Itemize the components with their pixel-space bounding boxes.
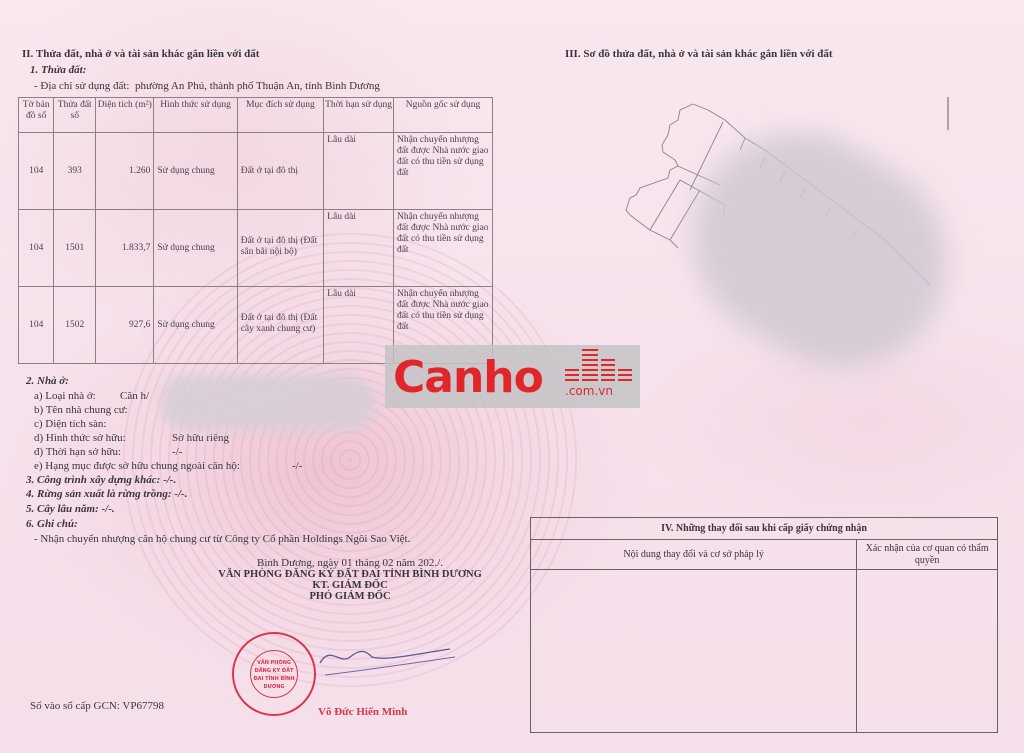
cell-term: Lâu dài <box>324 210 394 287</box>
canho-watermark: Canho .com.vn <box>385 345 640 408</box>
house-heading: 2. Nhà ở: <box>26 375 69 387</box>
section-2-title: II. Thửa đất, nhà ở và tài sản khác gắn … <box>22 48 259 60</box>
cell-map-sheet: 104 <box>19 133 54 210</box>
column-header: Mục đích sử dụng <box>237 98 323 133</box>
on-behalf-director: KT. GIÁM ĐỐC <box>180 580 520 591</box>
issue-date: Bình Dương, ngày 01 tháng 02 năm 202./. <box>180 557 520 569</box>
cell-term: Lâu dài <box>324 133 394 210</box>
table-header-row: Tờ bản đồ số Thửa đất số Diện tích (m²) … <box>19 98 493 133</box>
cell-term: Lâu dài <box>324 287 394 364</box>
notes-text: - Nhận chuyển nhượng căn hộ chung cư từ … <box>34 533 410 545</box>
building-logo-icon <box>565 347 635 387</box>
handwritten-signature <box>310 635 460 685</box>
cell-form: Sử dụng chung <box>154 287 237 364</box>
changes-content-cell <box>531 570 857 733</box>
cell-form: Sử dụng chung <box>154 133 237 210</box>
cell-form: Sử dụng chung <box>154 210 237 287</box>
table-row: 104 1501 1.833,7 Sử dụng chung Đất ở tại… <box>19 210 493 287</box>
land-address: - Địa chỉ sử dụng đất: phường An Phú, th… <box>34 80 380 92</box>
cell-parcel: 1501 <box>54 210 96 287</box>
ownership-form-value: Sở hữu riêng <box>172 432 229 444</box>
cell-map-sheet: 104 <box>19 210 54 287</box>
land-address-value: phường An Phú, thành phố Thuận An, tỉnh … <box>135 80 380 92</box>
cell-origin: Nhận chuyển nhượng đất được Nhà nước gia… <box>393 210 492 287</box>
other-construction: 3. Công trình xây dựng khác: -/-. <box>26 474 176 486</box>
changes-table: IV. Những thay đổi sau khi cấp giấy chứn… <box>530 517 998 733</box>
column-header-confirmation: Xác nhận của cơ quan có thẩm quyền <box>857 540 998 570</box>
cell-map-sheet: 104 <box>19 287 54 364</box>
watermark-domain: .com.vn <box>565 384 613 398</box>
cell-parcel: 1502 <box>54 287 96 364</box>
signer-name: Võ Đức Hiến Minh <box>318 706 407 718</box>
land-parcel-table: Tờ bản đồ số Thửa đất số Diện tích (m²) … <box>18 97 493 364</box>
column-header: Tờ bản đồ số <box>19 98 54 133</box>
column-header: Nguồn gốc sử dụng <box>393 98 492 133</box>
building-name-label: b) Tên nhà chung cư: <box>34 404 128 416</box>
cell-area: 1.833,7 <box>96 210 154 287</box>
section-3-title: III. Sơ đồ thửa đất, nhà ở và tài sản kh… <box>565 48 833 60</box>
issuing-office: VĂN PHÒNG ĐĂNG KÝ ĐẤT ĐAI TỈNH BÌNH DƯƠN… <box>180 569 520 580</box>
stamp-center-text: VĂN PHÒNG ĐĂNG KÝ ĐẤT ĐAI TỈNH BÌNH DƯƠN… <box>250 650 298 698</box>
cell-parcel: 393 <box>54 133 96 210</box>
registry-number: Số vào sổ cấp GCN: VP67798 <box>30 700 164 712</box>
cell-area: 1.260 <box>96 133 154 210</box>
cell-purpose: Đất ở tại đô thị (Đất cây xanh chung cư) <box>237 287 323 364</box>
watermark-brand: Canho <box>393 353 543 403</box>
section-4-title: IV. Những thay đổi sau khi cấp giấy chứn… <box>531 518 998 540</box>
house-type-value: Căn h/ <box>120 390 149 402</box>
floor-area-label: c) Diện tích sàn: <box>34 418 106 430</box>
notes-heading: 6. Ghi chú: <box>26 518 78 530</box>
ownership-form-label: d) Hình thức sở hữu: <box>34 432 126 444</box>
land-parcel-heading: 1. Thửa đất: <box>30 64 86 76</box>
column-header: Diện tích (m²) <box>96 98 154 133</box>
ownership-term-value: -/- <box>172 446 182 458</box>
ownership-term-label: đ) Thời hạn sở hữu: <box>34 446 121 458</box>
house-type-label: a) Loại nhà ở: <box>34 390 96 402</box>
common-items-label: e) Hạng mục được sở hữu chung ngoài căn … <box>34 460 240 472</box>
column-header: Thời hạn sử dụng <box>324 98 394 133</box>
redacted-region <box>160 375 375 430</box>
cell-area: 927,6 <box>96 287 154 364</box>
production-forest: 4. Rừng sản xuất là rừng trồng: -/-. <box>26 488 187 500</box>
signature-block: Bình Dương, ngày 01 tháng 02 năm 202./. … <box>180 557 520 602</box>
cell-purpose: Đất ở tại đô thị <box>237 133 323 210</box>
confirmation-content-cell <box>857 570 998 733</box>
column-header: Hình thức sử dụng <box>154 98 237 133</box>
land-address-label: - Địa chỉ sử dụng đất: <box>34 80 129 92</box>
column-header: Thửa đất số <box>54 98 96 133</box>
column-header-changes: Nội dung thay đổi và cơ sở pháp lý <box>531 540 857 570</box>
official-stamp: VĂN PHÒNG ĐĂNG KÝ ĐẤT ĐAI TỈNH BÌNH DƯƠN… <box>232 632 316 716</box>
common-items-value: -/- <box>292 460 302 472</box>
perennial-trees: 5. Cây lâu năm: -/-. <box>26 503 115 515</box>
table-row: 104 393 1.260 Sử dụng chung Đất ở tại đô… <box>19 133 493 210</box>
cell-purpose: Đất ở tại đô thị (Đất sân bãi nội bộ) <box>237 210 323 287</box>
cell-origin: Nhận chuyển nhượng đất được Nhà nước gia… <box>393 133 492 210</box>
deputy-director: PHÓ GIÁM ĐỐC <box>180 591 520 602</box>
